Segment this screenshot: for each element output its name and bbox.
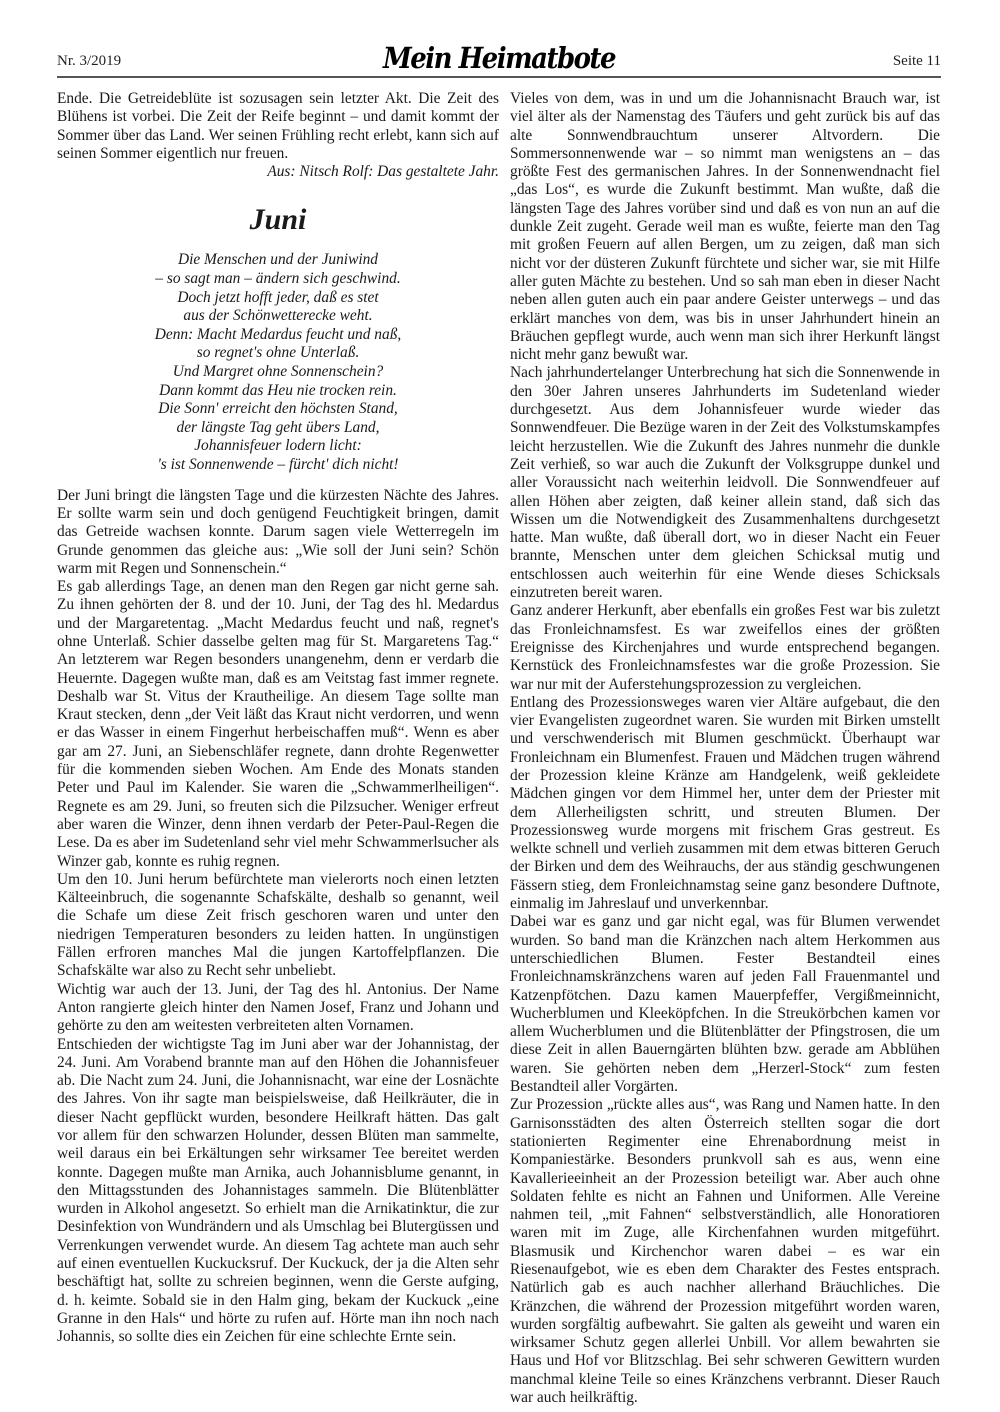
- poem-line: – so sagt man – ändern sich geschwind.: [57, 270, 499, 289]
- left-column: Ende. Die Getreideblüte ist sozusagen se…: [57, 90, 499, 1347]
- body-paragraph: Wichtig war auch der 13. Juni, der Tag d…: [57, 981, 499, 1036]
- body-paragraph: Entlang des Prozessionsweges waren vier …: [510, 694, 940, 914]
- issue-number: Nr. 3/2019: [57, 53, 121, 70]
- poem-line: 's ist Sonnenwende – fürcht' dich nicht!: [57, 456, 499, 475]
- poem-title: Juni: [57, 203, 499, 237]
- page-header: Nr. 3/2019 Mein Heimatbote Seite 11: [57, 40, 941, 78]
- source-citation: Aus: Nitsch Rolf: Das gestaltete Jahr.: [57, 163, 499, 181]
- body-paragraph: Der Juni bringt die längsten Tage und di…: [57, 487, 499, 578]
- poem-line: Die Sonn' erreicht den höchsten Stand,: [57, 400, 499, 419]
- body-paragraph: Nach jahrhundertelanger Unterbrechung ha…: [510, 364, 940, 602]
- body-paragraph: Um den 10. Juni herum befürchtete man vi…: [57, 871, 499, 981]
- poem-line: Die Menschen und der Juniwind: [57, 251, 499, 270]
- poem-line: aus der Schönwetterecke weht.: [57, 307, 499, 326]
- poem-line: Doch jetzt hofft jeder, daß es stet: [57, 289, 499, 308]
- body-paragraph: Entschieden der wichtigste Tag im Juni a…: [57, 1036, 499, 1347]
- body-paragraph: Dabei war es ganz und gar nicht egal, wa…: [510, 913, 940, 1096]
- right-column: Vieles von dem, was in und um die Johann…: [510, 90, 940, 1407]
- poem-line: Denn: Macht Medardus feucht und naß,: [57, 326, 499, 345]
- poem-line: der längste Tag geht übers Land,: [57, 419, 499, 438]
- body-paragraph: Es gab allerdings Tage, an denen man den…: [57, 578, 499, 871]
- poem-line: Dann kommt das Heu nie trocken rein.: [57, 382, 499, 401]
- body-paragraph: Zur Prozession „rückte alles aus“, was R…: [510, 1096, 940, 1407]
- intro-paragraph: Ende. Die Getreideblüte ist sozusagen se…: [57, 90, 499, 163]
- poem-line: Johannisfeuer lodern licht:: [57, 437, 499, 456]
- poem-line: so regnet's ohne Unterlaß.: [57, 344, 499, 363]
- page-number: Seite 11: [893, 53, 941, 70]
- body-paragraph: Vieles von dem, was in und um die Johann…: [510, 90, 940, 364]
- poem-line: Und Margret ohne Sonnenschein?: [57, 363, 499, 382]
- body-paragraph: Ganz anderer Herkunft, aber ebenfalls ei…: [510, 602, 940, 693]
- poem: Die Menschen und der Juniwind – so sagt …: [57, 251, 499, 474]
- masthead-logo: Mein Heimatbote: [383, 43, 615, 76]
